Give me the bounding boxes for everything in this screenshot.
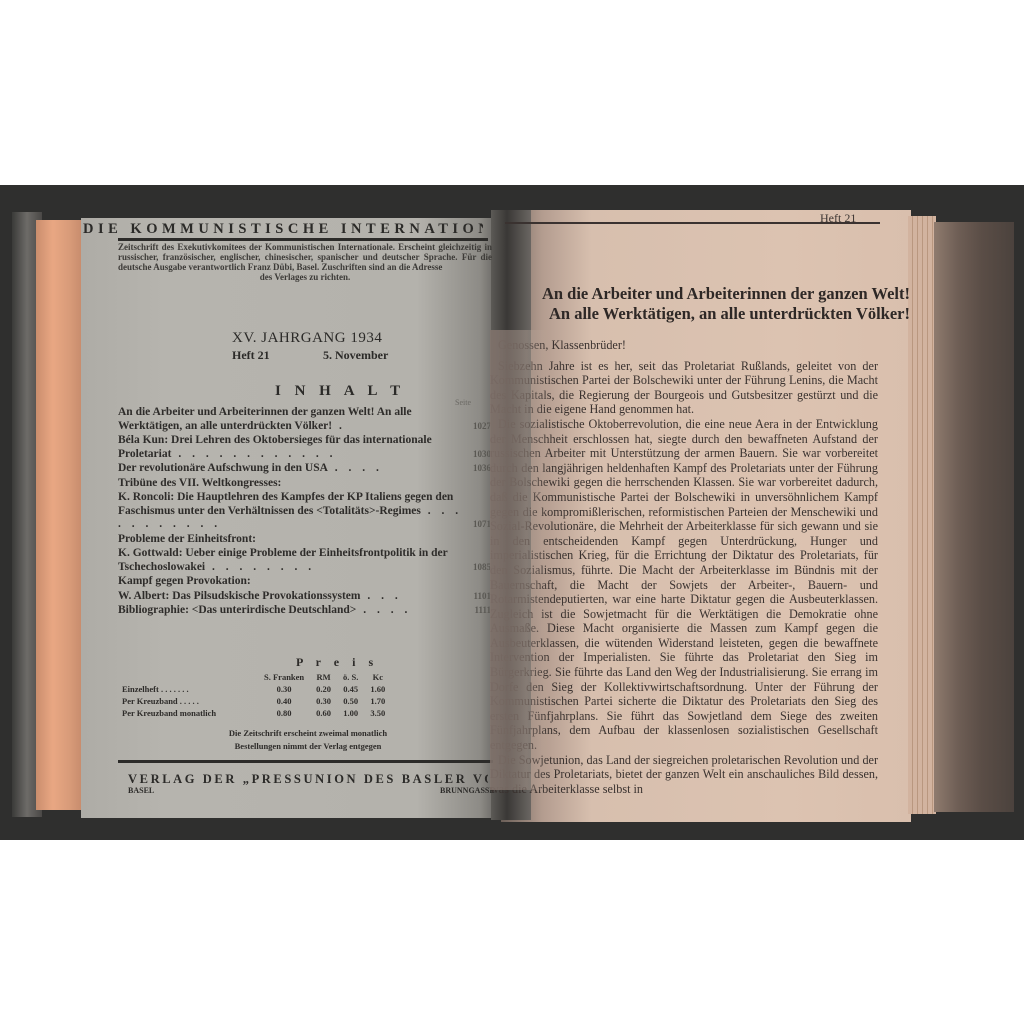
price-col-header: S. Franken — [258, 671, 310, 683]
toc-entry: W. Albert: Das Pilsudskische Provokation… — [118, 590, 463, 604]
toc-entry: Kampf gegen Provokation: — [118, 575, 463, 589]
toc-entry: Béla Kun: Drei Lehren des Oktobersieges … — [118, 434, 463, 461]
issue-number: Heft 21 — [232, 348, 270, 363]
table-of-contents: An die Arbeiter und Arbeiterinnen der ga… — [118, 406, 463, 619]
price-col-header: RM — [310, 671, 337, 683]
toc-entry: K. Roncoli: Die Hauptlehren des Kampfes … — [118, 491, 463, 532]
toc-page-number: 1030 — [473, 448, 491, 462]
right-page-edges — [908, 216, 936, 814]
contents-heading: I N H A L T — [275, 383, 405, 400]
toc-entry-title: Der revolutionäre Aufschwung in den USA — [118, 462, 328, 474]
article-heading: An die Arbeiter und Arbeiterinnen der ga… — [490, 284, 910, 324]
masthead-rule — [118, 238, 488, 241]
toc-entry-title: An die Arbeiter und Arbeiterinnen der ga… — [118, 406, 412, 432]
toc-entry-title: W. Albert: Das Pilsudskische Provokation… — [118, 590, 360, 602]
toc-entry: Tribüne des VII. Weltkongresses: — [118, 477, 463, 491]
toc-page-number: 1111 — [474, 604, 491, 618]
toc-page-number: 1085 — [473, 561, 491, 575]
toc-entry: K. Gottwald: Ueber einige Probleme der E… — [118, 547, 463, 574]
price-row: Per Kreuzband . . . . . 0.40 0.30 0.50 1… — [118, 695, 391, 707]
price-row: Einzelheft . . . . . . . 0.30 0.20 0.45 … — [118, 683, 391, 695]
toc-entry: Der revolutionäre Aufschwung in den USA … — [118, 462, 463, 476]
toc-page-number: 1036 — [473, 462, 491, 476]
toc-entry-title: Bibliographie: <Das unterirdische Deutsc… — [118, 604, 356, 616]
footer-rule — [118, 760, 493, 763]
volume-year: XV. JAHRGANG 1934 — [232, 330, 382, 347]
toc-entry-title: K. Roncoli: Die Hauptlehren des Kampfes … — [118, 491, 453, 517]
toc-entry-title: Probleme der Einheitsfront: — [118, 533, 256, 545]
price-note: Die Zeitschrift erscheint zweimal monatl… — [228, 727, 388, 753]
running-head: Heft 21 — [820, 211, 856, 226]
toc-entry-title: Tribüne des VII. Weltkongresses: — [118, 477, 281, 489]
price-title: P r e i s — [296, 655, 378, 670]
toc-entry: Probleme der Einheitsfront: — [118, 533, 463, 547]
price-col-header: ö. S. — [337, 671, 364, 683]
publisher-address: BRUNNGASSE — [440, 786, 495, 795]
gutter-shadow — [490, 330, 550, 790]
toc-page-number: 1027 — [473, 420, 491, 434]
price-row: Per Kreuzband monatlich 0.80 0.60 1.00 3… — [118, 707, 391, 719]
issue-date: 5. November — [323, 348, 388, 363]
toc-entry: An die Arbeiter und Arbeiterinnen der ga… — [118, 406, 463, 433]
masthead: DIE KOMMUNISTISCHE INTERNATIONALE — [83, 221, 483, 238]
toc-page-number: 1101 — [473, 590, 491, 604]
left-page-edges — [36, 220, 84, 810]
publisher-city: BASEL — [128, 786, 154, 795]
back-cover-edge — [934, 222, 1014, 812]
toc-entry-title: Kampf gegen Provokation: — [118, 575, 251, 587]
toc-page-number: 1071 — [473, 518, 491, 532]
price-grid: S. Franken RM ö. S. Kc Einzelheft . . . … — [118, 671, 391, 719]
toc-entry: Bibliographie: <Das unterirdische Deutsc… — [118, 604, 463, 618]
masthead-subtitle: Zeitschrift des Exekutivkomitees der Kom… — [118, 242, 492, 282]
price-col-header: Kc — [364, 671, 391, 683]
publisher-name: VERLAG DER „PRESSUNION DES BASLER VORWÄR… — [128, 772, 488, 787]
